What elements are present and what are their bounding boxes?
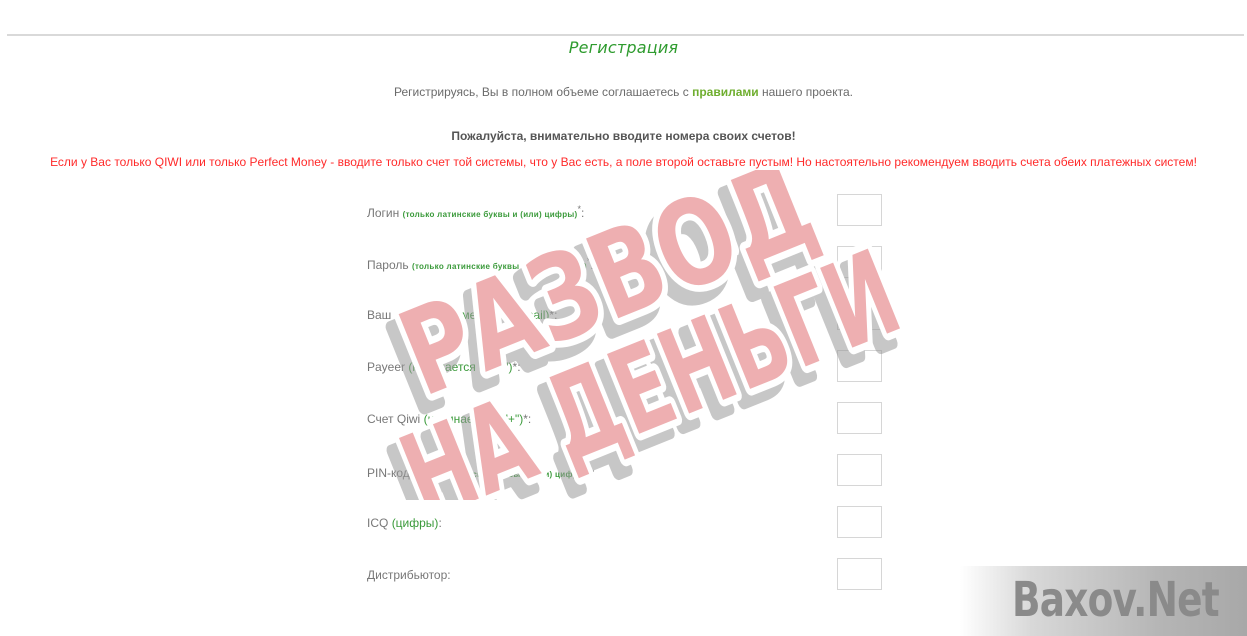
pin-label: PIN-код (только латинские буквы и (или) … bbox=[367, 464, 595, 480]
payeer-input[interactable] bbox=[837, 350, 882, 382]
qiwi-input[interactable] bbox=[837, 402, 882, 434]
icq-input[interactable] bbox=[837, 506, 882, 538]
qiwi-hint: (начинается с "+") bbox=[424, 412, 524, 426]
email-hint: (рекомендуем Gmail) bbox=[432, 308, 549, 322]
qiwi-label: Счет Qiwi (начинается с "+")*: bbox=[367, 412, 531, 426]
distributor-input[interactable] bbox=[837, 558, 882, 590]
password-label: Пароль (только латинские буквы и (или) ц… bbox=[367, 256, 594, 272]
payeer-label: Payeer (начинается с "U")*: bbox=[367, 360, 521, 374]
field-pin: PIN-код (только латинские буквы и (или) … bbox=[367, 454, 887, 488]
pin-input[interactable] bbox=[837, 454, 882, 486]
icq-label: ICQ (цифры): bbox=[367, 516, 442, 530]
distributor-label: Дистрибьютор: bbox=[367, 568, 451, 582]
field-email: Ваш E-mail (рекомендуем Gmail)*: bbox=[367, 298, 887, 332]
brand-watermark: Baxov.Net bbox=[960, 566, 1247, 636]
email-input[interactable] bbox=[837, 298, 882, 330]
field-icq: ICQ (цифры): bbox=[367, 506, 887, 540]
password-hint: (только латинские буквы и (или) цифры) bbox=[412, 262, 587, 271]
brand-logo-text: Baxov.Net bbox=[1012, 572, 1219, 628]
login-input[interactable] bbox=[837, 194, 882, 226]
login-label: Логин (только латинские буквы и (или) ци… bbox=[367, 204, 584, 220]
field-qiwi: Счет Qiwi (начинается с "+")*: bbox=[367, 402, 887, 436]
field-distributor: Дистрибьютор: bbox=[367, 558, 887, 592]
payeer-hint: (начинается с "U") bbox=[408, 360, 512, 374]
icq-hint: (цифры) bbox=[392, 516, 439, 530]
login-hint: (только латинские буквы и (или) цифры) bbox=[403, 210, 578, 219]
registration-form: Логин (только латинские буквы и (или) ци… bbox=[0, 0, 1247, 636]
pin-hint: (только латинские буквы и (или) цифры) bbox=[413, 470, 588, 479]
email-label: Ваш E-mail (рекомендуем Gmail)*: bbox=[367, 308, 557, 322]
field-login: Логин (только латинские буквы и (или) ци… bbox=[367, 194, 887, 228]
password-input[interactable] bbox=[837, 246, 882, 278]
field-password: Пароль (только латинские буквы и (или) ц… bbox=[367, 246, 887, 280]
field-payeer: Payeer (начинается с "U")*: bbox=[367, 350, 887, 384]
